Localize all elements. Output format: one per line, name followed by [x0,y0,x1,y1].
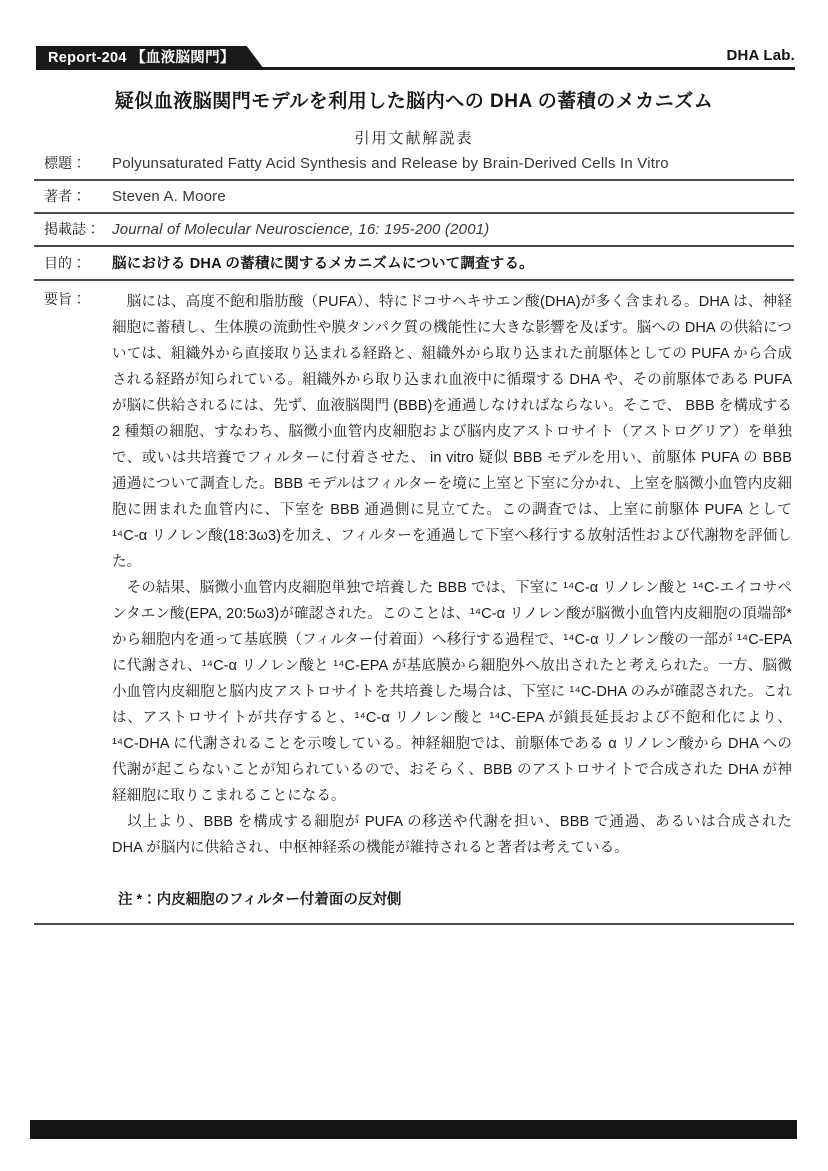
row-journal: 掲載誌： Journal of Molecular Neuroscience, … [34,214,794,247]
row-author: 著者： Steven A. Moore [34,181,794,214]
footnote: 注 *：内皮細胞のフィルター付着面の反対側 [112,887,792,913]
footer-bar [30,1120,797,1139]
report-number-tab: Report-204 【血液脳関門】 [36,46,265,70]
abstract-paragraph-2: その結果、脳微小血管内皮細胞単独で培養した BBB では、下室に ¹⁴C-α リ… [112,575,792,809]
abstract-body: 脳には、高度不飽和脂肪酸（PUFA）、特にドコサヘキサエン酸(DHA)が多く含ま… [112,289,794,913]
row-title: 標題： Polyunsaturated Fatty Acid Synthesis… [34,148,794,181]
abstract-paragraph-3: 以上より、BBB を構成する細胞が PUFA の移送や代謝を担い、BBB で通過… [112,809,792,861]
row-abstract: 要旨： 脳には、高度不飽和脂肪酸（PUFA）、特にドコサヘキサエン酸(DHA)が… [34,281,794,925]
row-objective-value: 脳における DHA の蓄積に関するメカニズムについて調査する。 [112,252,794,273]
page-header: Report-204 【血液脳関門】 DHA Lab. [36,46,795,70]
row-author-value: Steven A. Moore [112,188,794,205]
row-journal-value: Journal of Molecular Neuroscience, 16: 1… [112,221,794,238]
row-title-value: Polyunsaturated Fatty Acid Synthesis and… [112,155,794,172]
document-title: 疑似血液脳関門モデルを利用した脳内への DHA の蓄積のメカニズム [0,86,828,113]
row-title-label: 標題： [34,153,112,173]
citation-table: 標題： Polyunsaturated Fatty Acid Synthesis… [34,148,794,925]
row-journal-label: 掲載誌： [34,219,112,239]
document-subtitle: 引用文献解説表 [0,127,828,148]
report-page: Report-204 【血液脳関門】 DHA Lab. 疑似血液脳関門モデルを利… [0,0,828,1171]
row-objective: 目的： 脳における DHA の蓄積に関するメカニズムについて調査する。 [34,247,794,281]
lab-name: DHA Lab. [726,47,795,64]
row-abstract-label: 要旨： [34,289,112,309]
row-objective-label: 目的： [34,253,112,273]
abstract-paragraph-1: 脳には、高度不飽和脂肪酸（PUFA）、特にドコサヘキサエン酸(DHA)が多く含ま… [112,289,792,575]
row-author-label: 著者： [34,186,112,206]
